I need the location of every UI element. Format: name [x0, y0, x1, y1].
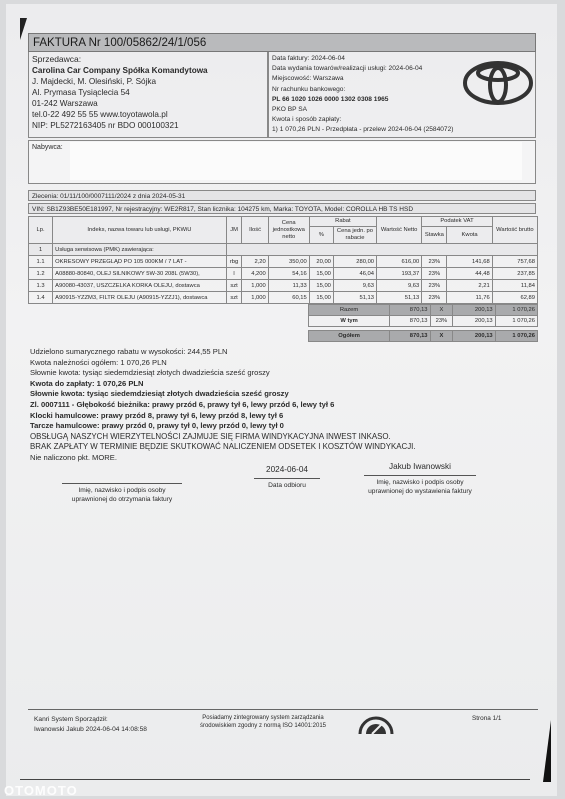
page-number: Strona 1/1 — [472, 715, 502, 722]
paper-corner-shadow — [543, 720, 551, 782]
invoice-notes: Udzielono sumarycznego rabatu w wysokośc… — [30, 347, 450, 464]
totals-ogolem: Ogółem 870,13 X 200,13 1 070,26 — [309, 331, 538, 342]
footer-divider — [28, 709, 538, 710]
note-discs: Tarcze hamulcowe: prawy przód 0, prawy t… — [30, 421, 450, 432]
col-discount-price: Cena jedn. po rabacie — [333, 227, 376, 244]
seller-heading: Sprzedawca: — [32, 54, 264, 65]
note-collection-1: OBSŁUGĄ NASZYCH WIERZYTELNOŚCI ZAJMUJE S… — [30, 432, 450, 443]
items-table: Lp. Indeks, nazwa towaru lub usługi, PKW… — [28, 216, 538, 304]
note-collection-2: BRAK ZAPŁATY W TERMINIE BĘDZIE SKUTKOWAĆ… — [30, 442, 450, 453]
order-line: Zlecenia: 01/11/100/0007111/2024 z dnia … — [28, 190, 536, 201]
receiver-signature: Imię, nazwisko i podpis osoby uprawnione… — [62, 483, 182, 504]
note-pads: Klocki hamulcowe: prawy przód 8, prawy t… — [30, 411, 450, 422]
seller-tax-ids: NIP: PL5272163405 nr BDO 000100321 — [32, 120, 264, 131]
note-to-pay-words: Słownie kwota: tysiąc siedemdziesiąt zło… — [30, 389, 450, 400]
col-qty: Ilość — [242, 217, 268, 244]
table-row: 1.2A08880-80840, OLEJ SILNIKOWY 5W-30 20… — [29, 268, 538, 280]
table-row: 1.3A90080-43037, USZCZELKA KORKA OLEJU, … — [29, 280, 538, 292]
receiver-caption: Imię, nazwisko i podpis osoby uprawnione… — [62, 486, 182, 504]
payment-label: Kwota i sposób zapłaty: — [272, 115, 532, 125]
col-net: Wartość Netto — [377, 217, 422, 244]
bank-name: PKO BP SA — [272, 105, 532, 115]
totals-razem: Razem 870,13 X 200,13 1 070,26 — [309, 305, 538, 316]
note-discount: Udzielono sumarycznego rabatu w wysokośc… — [30, 347, 450, 358]
footer-system: Kanri System Sporządził: Iwanowski Jakub… — [34, 715, 147, 734]
col-name: Indeks, nazwa towaru lub usługi, PKWiU — [53, 217, 227, 244]
receipt-date-block: 2024-06-04 Data odbioru — [254, 465, 320, 490]
invoice-title: FAKTURA Nr 100/05862/24/1/056 — [28, 33, 536, 52]
col-unit: JM — [226, 217, 242, 244]
table-row: 1.4A90915-YZZM3, FILTR OLEJU (A90915-YZZ… — [29, 292, 538, 304]
totals-table: Razem 870,13 X 200,13 1 070,26 W tym 870… — [308, 304, 538, 342]
issuer-name: Jakub Iwanowski — [364, 462, 476, 471]
note-tread: Zl. 0007111 - Głębokość bieżnika: prawy … — [30, 400, 450, 411]
note-total-words: Słownie kwota: tysiąc siedemdziesiąt zło… — [30, 368, 450, 379]
col-vat-amount: Kwota — [447, 227, 492, 244]
watermark-logo: OTOMOTO — [4, 783, 78, 798]
col-vat-rate: Stawka — [422, 227, 447, 244]
issuer-signature: Jakub Iwanowski Imię, nazwisko i podpis … — [364, 462, 476, 496]
footer-bottom-edge — [20, 779, 530, 780]
issuer-caption: Imię, nazwisko i podpis osoby uprawnione… — [364, 478, 476, 496]
payment-line: 1) 1 070,26 PLN - Przedpłata - przelew 2… — [272, 125, 532, 135]
receipt-date: 2024-06-04 — [254, 465, 320, 474]
col-lp: Lp. — [29, 217, 53, 244]
buyer-redacted-area — [70, 142, 522, 180]
paper-corner-shadow — [20, 18, 27, 40]
vehicle-line: VIN: SB1Z93BE50E181997, Nr rejestracyjny… — [28, 203, 536, 214]
seller-company: Carolina Car Company Spółka Komandytowa — [32, 65, 264, 76]
seller-owners: J. Majdecki, M. Olesiński, P. Sójka — [32, 76, 264, 87]
col-unit-price: Cena jednostkowa netto — [268, 217, 309, 244]
note-to-pay: Kwota do zapłaty: 1 070,26 PLN — [30, 379, 450, 390]
col-discount-pct: % — [309, 227, 333, 244]
seller-block: Sprzedawca: Carolina Car Company Spółka … — [28, 52, 268, 138]
seller-city: 01-242 Warszawa — [32, 98, 264, 109]
seller-street: Al. Prymasa Tysiąclecia 54 — [32, 87, 264, 98]
col-vat: Podatek VAT — [422, 217, 492, 227]
table-row: 1.1OKRESOWY PRZEGLĄD PO 105 000KM / 7 LA… — [29, 256, 538, 268]
iso-certificate-icon — [356, 712, 396, 736]
col-discount: Rabat — [309, 217, 376, 227]
totals-w-tym: W tym 870,13 23% 200,13 1 070,26 — [309, 316, 538, 327]
note-total-due: Kwota należności ogółem: 1 070,26 PLN — [30, 358, 450, 369]
buyer-label: Nabywca: — [32, 144, 63, 151]
receipt-caption: Data odbioru — [254, 481, 320, 490]
toyota-logo-icon — [462, 60, 534, 106]
table-row-service: 1 Usługa serwisowa (PMK) zawierająca: — [29, 244, 538, 256]
col-gross: Wartość brutto — [492, 217, 537, 244]
footer-iso-text: Posiadamy zintegrowany system zarządzani… — [188, 714, 338, 730]
seller-contact: tel.0-22 492 55 55 www.toyotawola.pl — [32, 109, 264, 120]
